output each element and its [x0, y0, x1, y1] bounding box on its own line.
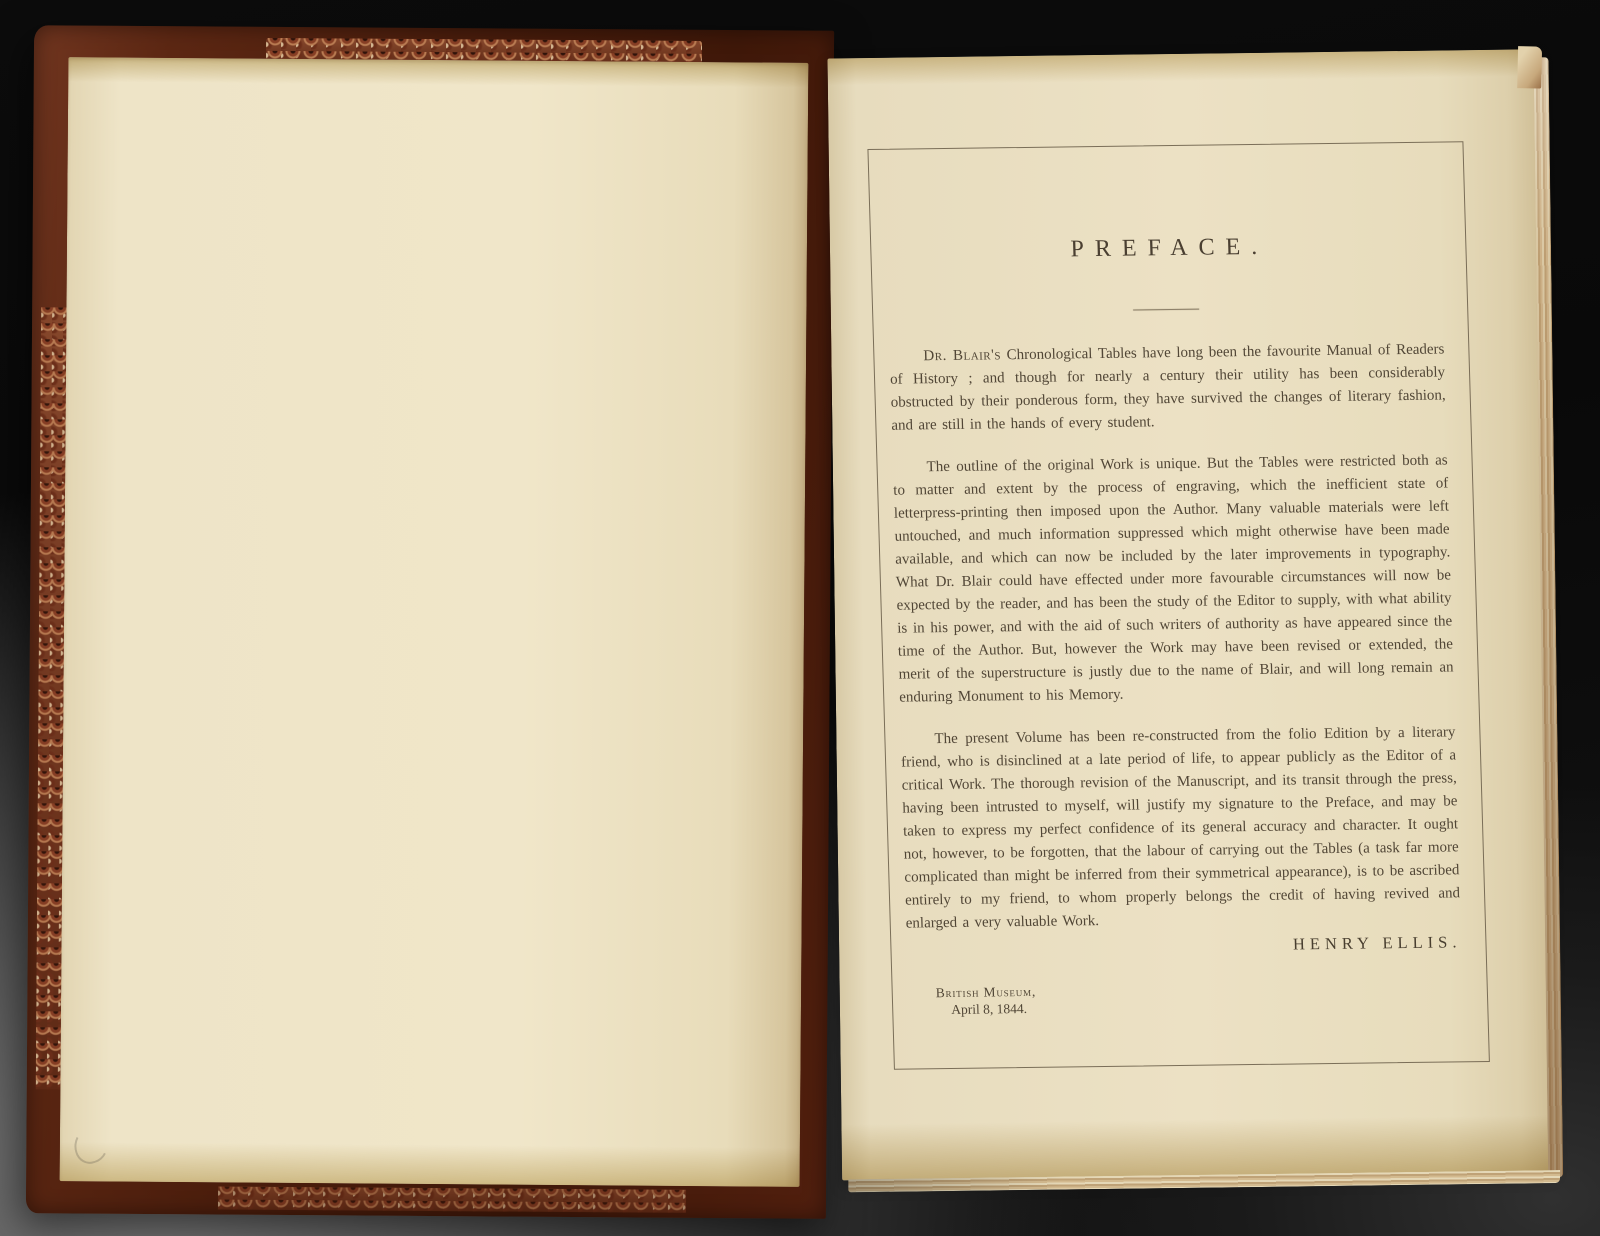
paragraph-3-text: The present Volume has been re-construct… — [901, 724, 1460, 931]
preface-paragraph-1: Dr. Blair's Chronological Tables have lo… — [889, 338, 1447, 437]
pencil-mark — [69, 1123, 112, 1168]
preface-content: PREFACE. Dr. Blair's Chronological Table… — [868, 142, 1488, 1069]
paragraph-1-lead-smallcaps: Dr. Blair's — [923, 347, 1001, 364]
imprint: British Museum, April 8, 1844. — [908, 978, 1464, 1018]
ruled-border-frame: PREFACE. Dr. Blair's Chronological Table… — [867, 141, 1489, 1070]
paragraph-2-text: The outline of the original Work is uniq… — [893, 452, 1454, 705]
preface-paragraph-2: The outline of the original Work is uniq… — [892, 449, 1454, 709]
preface-recto-page: PREFACE. Dr. Blair's Chronological Table… — [827, 49, 1550, 1180]
marbled-edge-bottom — [218, 1187, 686, 1213]
binding-gutter — [796, 56, 832, 1184]
preface-title: PREFACE. — [886, 229, 1442, 268]
photo-backdrop: PREFACE. Dr. Blair's Chronological Table… — [0, 0, 1600, 1236]
page-corner-curl — [1517, 46, 1542, 89]
blank-verso-page — [60, 57, 809, 1187]
page-stack-bottom-edge — [848, 1170, 1560, 1192]
preface-paragraph-3: The present Volume has been re-construct… — [900, 721, 1461, 935]
title-divider-rule — [1133, 309, 1199, 311]
page-stack-fore-edge — [1534, 57, 1564, 1177]
signature-henry-ellis: HENRY ELLIS. — [906, 932, 1462, 959]
